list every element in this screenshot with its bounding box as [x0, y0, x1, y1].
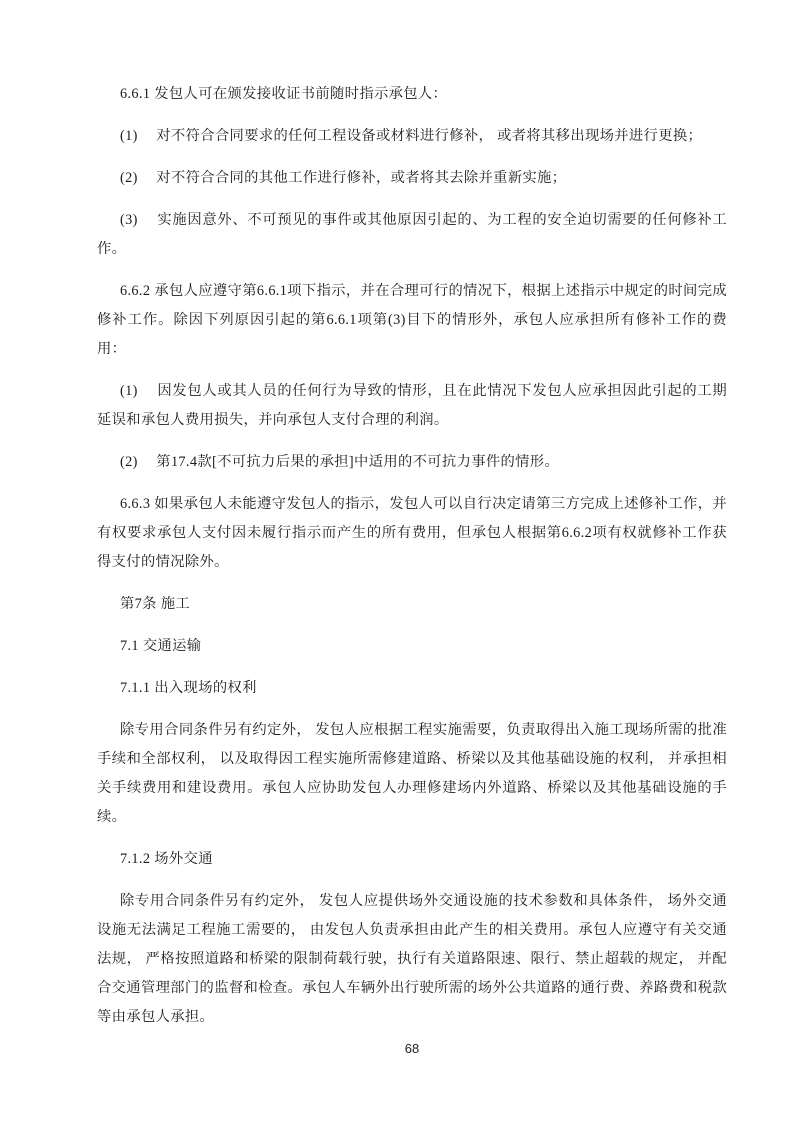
- paragraph-clause-6-6-2-item-2: (2) 第17.4款[不可抗力后果的承担]中适用的不可抗力事件的情形。: [97, 448, 727, 477]
- document-page: 6.6.1 发包人可在颁发接收证书前随时指示承包人：(1) 对不符合合同要求的任…: [0, 0, 793, 1122]
- paragraph-clause-6-6-2: 6.6.2 承包人应遵守第6.6.1项下指示，并在合理可行的情况下，根据上述指示…: [97, 277, 727, 364]
- paragraph-clause-7-1-2-body: 除专用合同条件另有约定外， 发包人应提供场外交通设施的技术参数和具体条件， 场外…: [97, 887, 727, 1032]
- document-content: 6.6.1 发包人可在颁发接收证书前随时指示承包人：(1) 对不符合合同要求的任…: [97, 80, 727, 1045]
- paragraph-clause-7-1-heading: 7.1 交通运输: [97, 632, 727, 661]
- paragraph-clause-7-1-2-heading: 7.1.2 场外交通: [97, 845, 727, 874]
- page-number: 68: [97, 1041, 727, 1056]
- paragraph-clause-6-6-1-item-2: (2) 对不符合合同的其他工作进行修补，或者将其去除并重新实施；: [97, 164, 727, 193]
- paragraph-clause-6-6-1-item-1: (1) 对不符合合同要求的任何工程设备或材料进行修补， 或者将其移出现场并进行更…: [97, 122, 727, 151]
- paragraph-clause-6-6-2-item-1: (1) 因发包人或其人员的任何行为导致的情形，且在此情况下发包人应承担因此引起的…: [97, 377, 727, 435]
- paragraph-clause-6-6-1: 6.6.1 发包人可在颁发接收证书前随时指示承包人：: [97, 80, 727, 109]
- paragraph-clause-7-1-1-body: 除专用合同条件另有约定外， 发包人应根据工程实施需要，负责取得出入施工现场所需的…: [97, 716, 727, 832]
- paragraph-clause-6-6-3: 6.6.3 如果承包人未能遵守发包人的指示，发包人可以自行决定请第三方完成上述修…: [97, 490, 727, 577]
- paragraph-article-7-heading: 第7条 施工: [97, 590, 727, 619]
- paragraph-clause-7-1-1-heading: 7.1.1 出入现场的权利: [97, 674, 727, 703]
- paragraph-clause-6-6-1-item-3: (3) 实施因意外、不可预见的事件或其他原因引起的、为工程的安全迫切需要的任何修…: [97, 206, 727, 264]
